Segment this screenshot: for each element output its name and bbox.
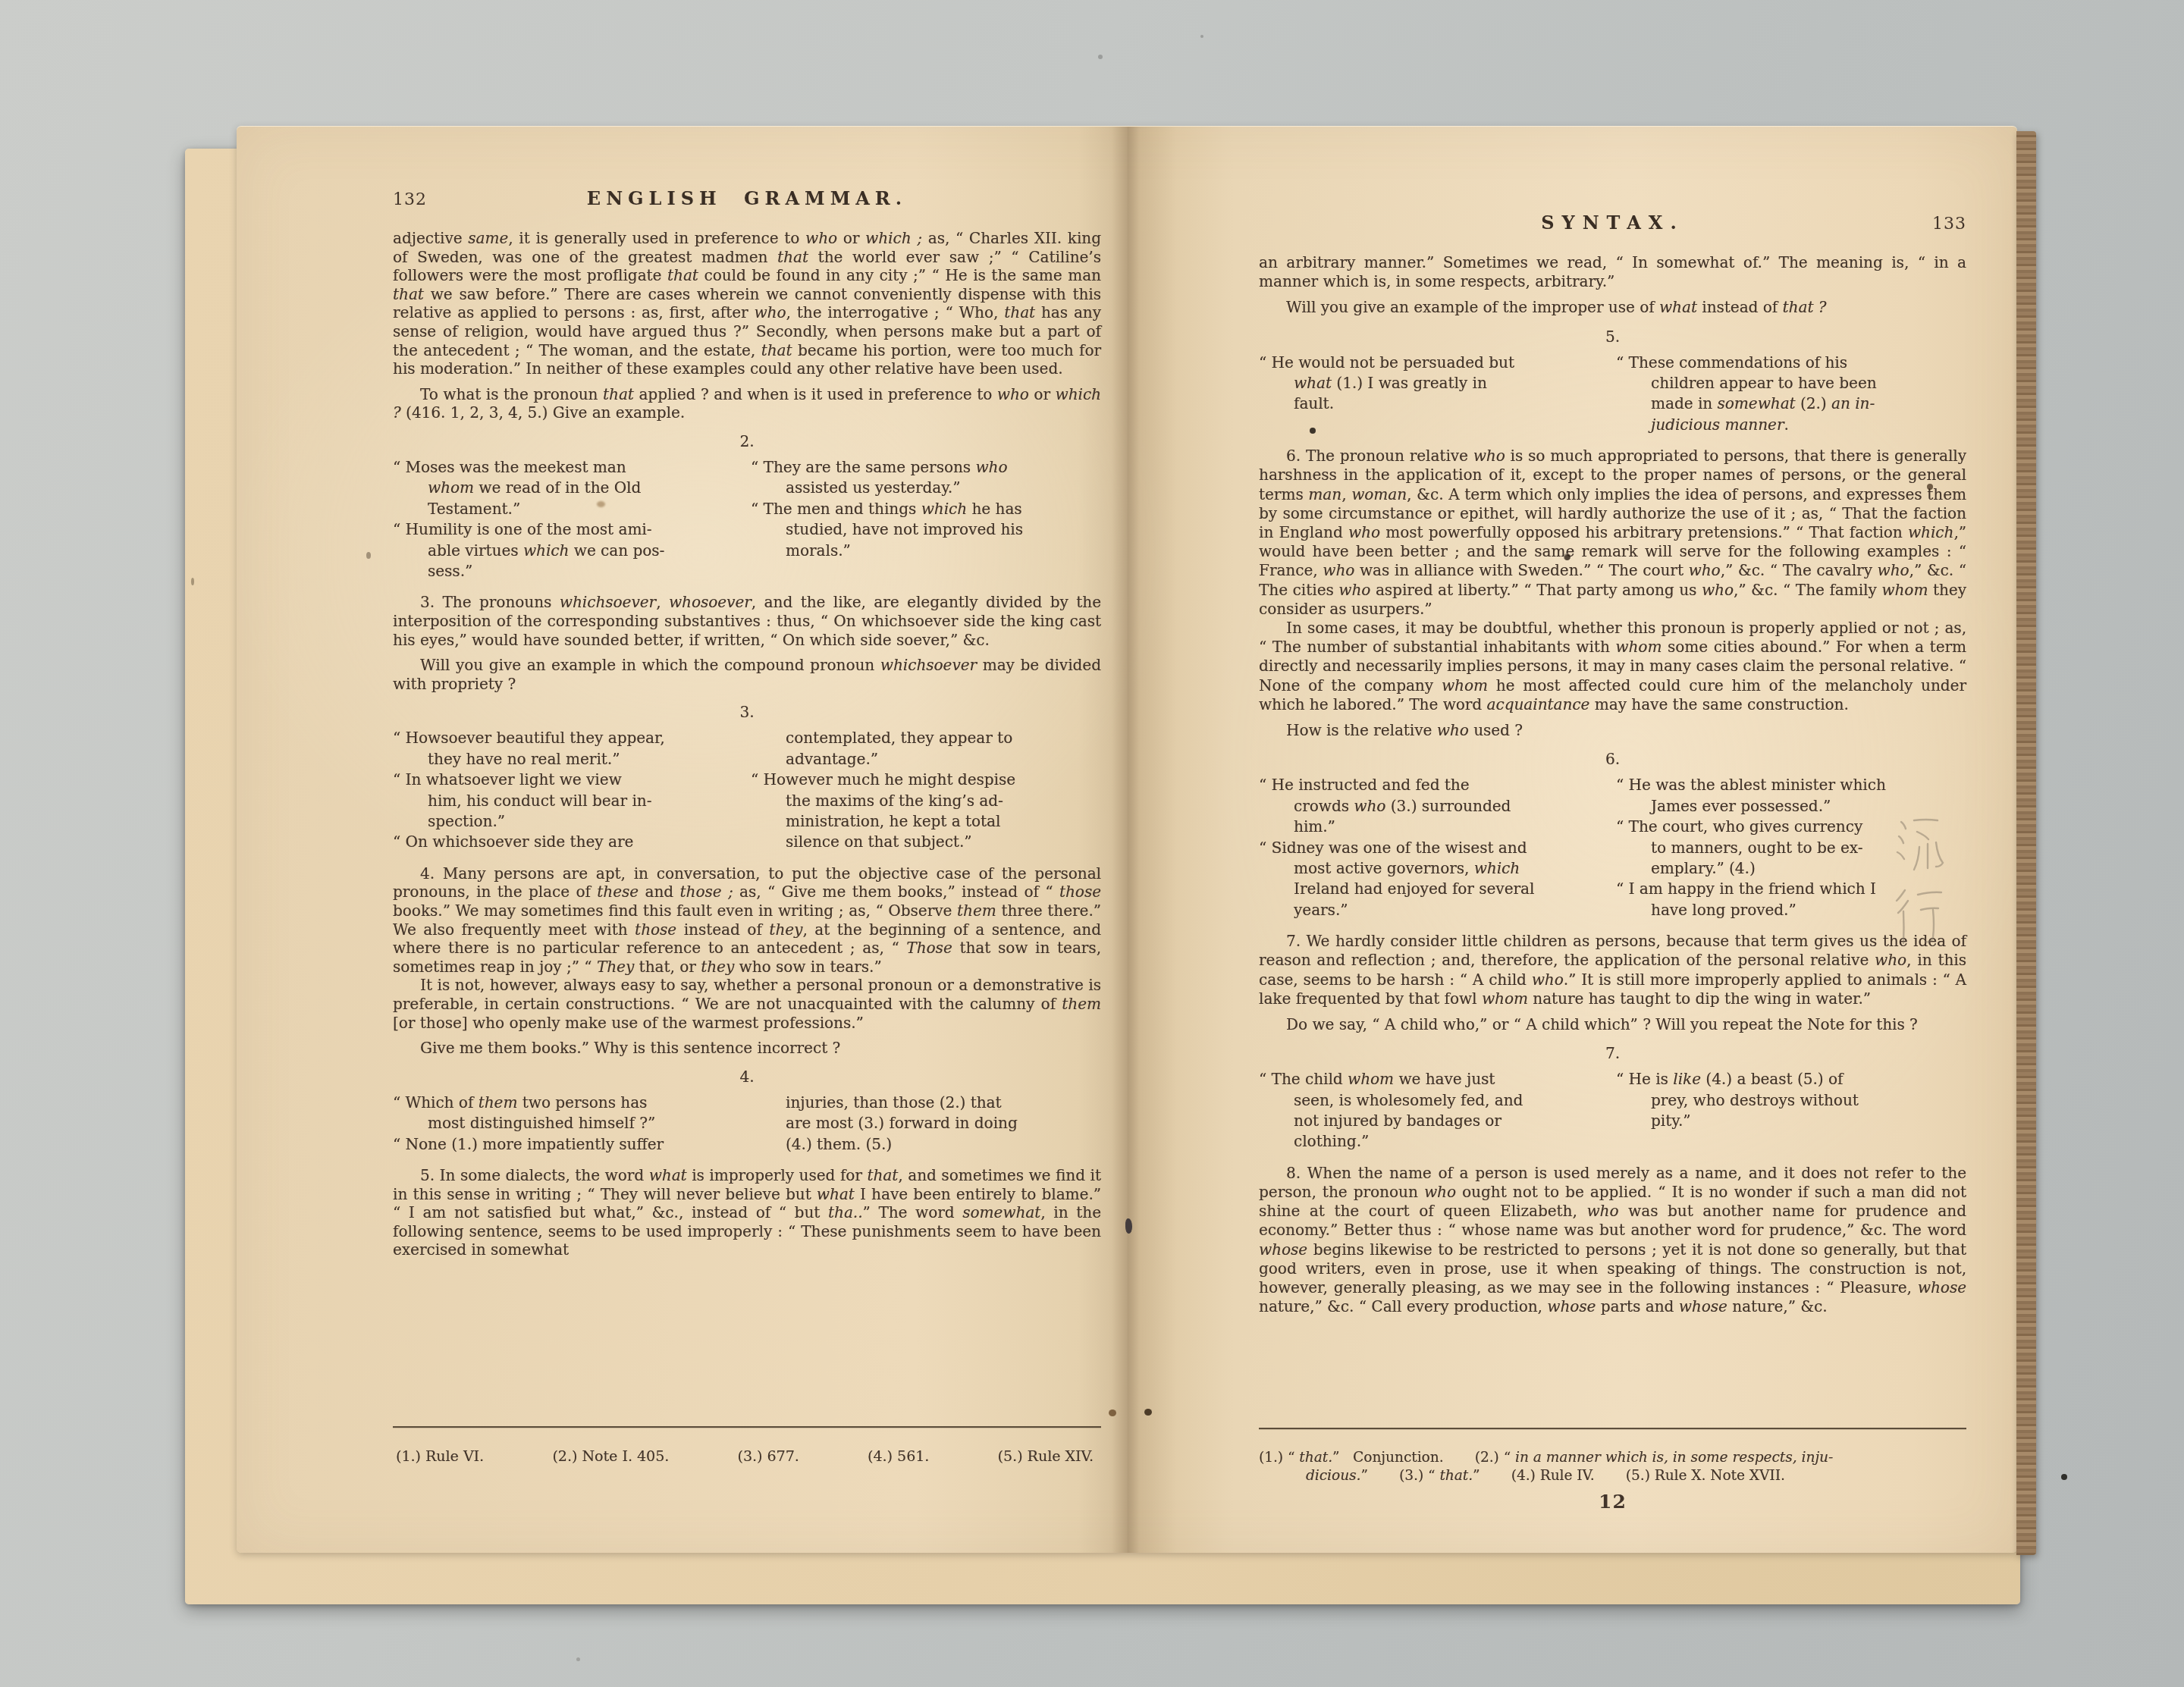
example-quote: “ The child whom we have justseen, is wh… [1259, 1069, 1599, 1152]
footnote-item: (2.) Note I. 405. [552, 1448, 669, 1465]
question: Give me them books.” Why is this sentenc… [393, 1039, 1101, 1058]
section-number: 2. [393, 432, 1101, 450]
example-column-right: injuries, than those (2.) thatare most (… [751, 1093, 1101, 1155]
example-column-left: “ Moses was the meekest manwhom we read … [393, 457, 733, 582]
example-columns: “ Moses was the meekest manwhom we read … [393, 457, 1101, 582]
example-quote: “ Sidney was one of the wisest andmost a… [1259, 838, 1599, 921]
example-column-left: “ He instructed and fed thecrowds who (3… [1259, 775, 1599, 920]
paragraph-continuation: adjective same, it is generally used in … [393, 229, 1101, 378]
example-quote: “ Moses was the meekest manwhom we read … [393, 457, 733, 519]
example-quote: “ He would not be persuaded butwhat (1.)… [1259, 353, 1599, 415]
running-title-right: SYNTAX. [1541, 212, 1684, 234]
ink-speck [1310, 428, 1316, 434]
example-column-right: contemplated, they appear toadvantage.” … [751, 728, 1101, 852]
ink-speck [1927, 484, 1933, 490]
paragraph: 5. In some dialects, the word what is im… [393, 1166, 1101, 1259]
ink-blot [1125, 1218, 1132, 1234]
running-head-left: 132 ENGLISH GRAMMAR. [393, 187, 1101, 209]
dust-speck [1098, 55, 1103, 59]
example-quote: “ He instructed and fed thecrowds who (3… [1259, 775, 1599, 837]
running-title-left: ENGLISH GRAMMAR. [587, 187, 907, 209]
example-quote: “ He is like (4.) a beast (5.) ofprey, w… [1616, 1069, 1966, 1131]
paper-stain [597, 501, 605, 507]
example-column-left: “ He would not be persuaded butwhat (1.)… [1259, 353, 1599, 436]
example-quote: “ They are the same persons whoassisted … [751, 457, 1101, 499]
paragraph-continuation: an arbitrary manner.” Sometimes we read,… [1259, 253, 1966, 291]
section-number: 3. [393, 703, 1101, 721]
pencil-mark [366, 552, 371, 559]
question: How is the relative who used ? [1259, 721, 1966, 740]
book-spread: 132 ENGLISH GRAMMAR. adjective same, it … [237, 126, 2017, 1553]
example-quote: “ Howsoever beautiful they appear,they h… [393, 728, 733, 770]
example-column-left: “ Which of them two persons hasmost dist… [393, 1093, 733, 1155]
paragraph: In some cases, it may be doubtful, wheth… [1259, 619, 1966, 714]
section-number: 7. [1259, 1044, 1966, 1062]
wormhole [1564, 553, 1571, 560]
footnote-item: (3.) 677. [738, 1448, 799, 1465]
paragraph: 4. Many persons are apt, in conversation… [393, 864, 1101, 977]
binding-hole [1109, 1409, 1116, 1416]
example-quote: “ He was the ablest minister whichJames … [1616, 775, 1966, 817]
fore-edge-page-stack [2016, 131, 2036, 1555]
footnote-item: (4.) 561. [868, 1448, 929, 1465]
example-columns: “ Howsoever beautiful they appear,they h… [393, 728, 1101, 852]
section-number: 6. [1259, 750, 1966, 768]
example-column-right: “ He is like (4.) a beast (5.) ofprey, w… [1616, 1069, 1966, 1152]
example-quote: “ Humility is one of the most ami-able v… [393, 519, 733, 582]
example-quote: injuries, than those (2.) thatare most (… [751, 1093, 1101, 1155]
paragraph: 6. The pronoun relative who is so much a… [1259, 447, 1966, 619]
example-columns: “ The child whom we have justseen, is wh… [1259, 1069, 1966, 1152]
footnote-item: (5.) Rule XIV. [998, 1448, 1094, 1465]
example-column-right: “ These commendations of hischildren app… [1616, 353, 1966, 436]
question: Will you give an example of the improper… [1259, 298, 1966, 317]
footnote-line: dicious.” (3.) “ that.” (4.) Rule IV. (5… [1259, 1467, 1966, 1485]
example-columns: “ He would not be persuaded butwhat (1.)… [1259, 353, 1966, 436]
footnotes-left: (1.) Rule VI. (2.) Note I. 405. (3.) 677… [393, 1426, 1101, 1465]
page-number-left: 132 [393, 190, 587, 209]
example-column-left: “ Howsoever beautiful they appear,they h… [393, 728, 733, 852]
section-number: 5. [1259, 328, 1966, 346]
running-head-right: SYNTAX. 133 [1259, 212, 1966, 234]
signature-mark: 12 [1259, 1491, 1966, 1513]
example-quote: “ Which of them two persons hasmost dist… [393, 1093, 733, 1134]
example-column-left: “ The child whom we have justseen, is wh… [1259, 1069, 1599, 1152]
pencil-mark [191, 578, 194, 585]
paragraph: 8. When the name of a person is used mer… [1259, 1164, 1966, 1317]
footnote-line: (1.) “ that.” Conjunction. (2.) “ in a m… [1259, 1449, 1966, 1467]
footnote-row: (1.) Rule VI. (2.) Note I. 405. (3.) 677… [393, 1428, 1101, 1465]
dust-speck [1200, 35, 1203, 38]
example-quote: “ These commendations of hischildren app… [1616, 353, 1966, 436]
question: To what is the pronoun that applied ? an… [393, 385, 1101, 422]
dust-speck [576, 1657, 580, 1661]
scanned-book-photo: 132 ENGLISH GRAMMAR. adjective same, it … [0, 0, 2184, 1687]
example-quote: “ In whatsoever light we viewhim, his co… [393, 770, 733, 832]
ink-speck [2061, 1474, 2067, 1480]
example-column-right: “ They are the same persons whoassisted … [751, 457, 1101, 582]
question: Will you give an example in which the co… [393, 656, 1101, 693]
example-quote: “ However much he might despisethe maxim… [751, 770, 1101, 853]
question: Do we say, “ A child who,” or “ A child … [1259, 1015, 1966, 1034]
example-columns: “ Which of them two persons hasmost dist… [393, 1093, 1101, 1155]
page-133: SYNTAX. 133 an arbitrary manner.” Someti… [1259, 212, 1966, 1316]
page-132: 132 ENGLISH GRAMMAR. adjective same, it … [393, 187, 1101, 1259]
footnote-rule [1259, 1428, 1966, 1429]
pencil-character-liu [1897, 820, 1943, 870]
footnotes-right: (1.) “ that.” Conjunction. (2.) “ in a m… [1259, 1428, 1966, 1513]
example-quote: “ None (1.) more impatiently suffer [393, 1134, 733, 1155]
paragraph: 3. The pronouns whichsoever, whosoever, … [393, 593, 1101, 649]
section-number: 4. [393, 1068, 1101, 1086]
paragraph: 7. We hardly consider little children as… [1259, 932, 1966, 1008]
pencil-character-xing [1897, 890, 1941, 943]
binding-hole [1144, 1409, 1152, 1416]
page-number-right: 133 [1932, 215, 1966, 234]
pencil-margin-annotation [1894, 813, 1947, 953]
example-quote: “ On whichsoever side they are [393, 832, 733, 852]
paragraph: It is not, however, always easy to say, … [393, 976, 1101, 1032]
example-columns: “ He instructed and fed thecrowds who (3… [1259, 775, 1966, 920]
example-quote: “ The men and things which he hasstudied… [751, 499, 1101, 561]
example-quote: contemplated, they appear toadvantage.” [751, 728, 1101, 770]
footnote-item: (1.) Rule VI. [396, 1448, 484, 1465]
